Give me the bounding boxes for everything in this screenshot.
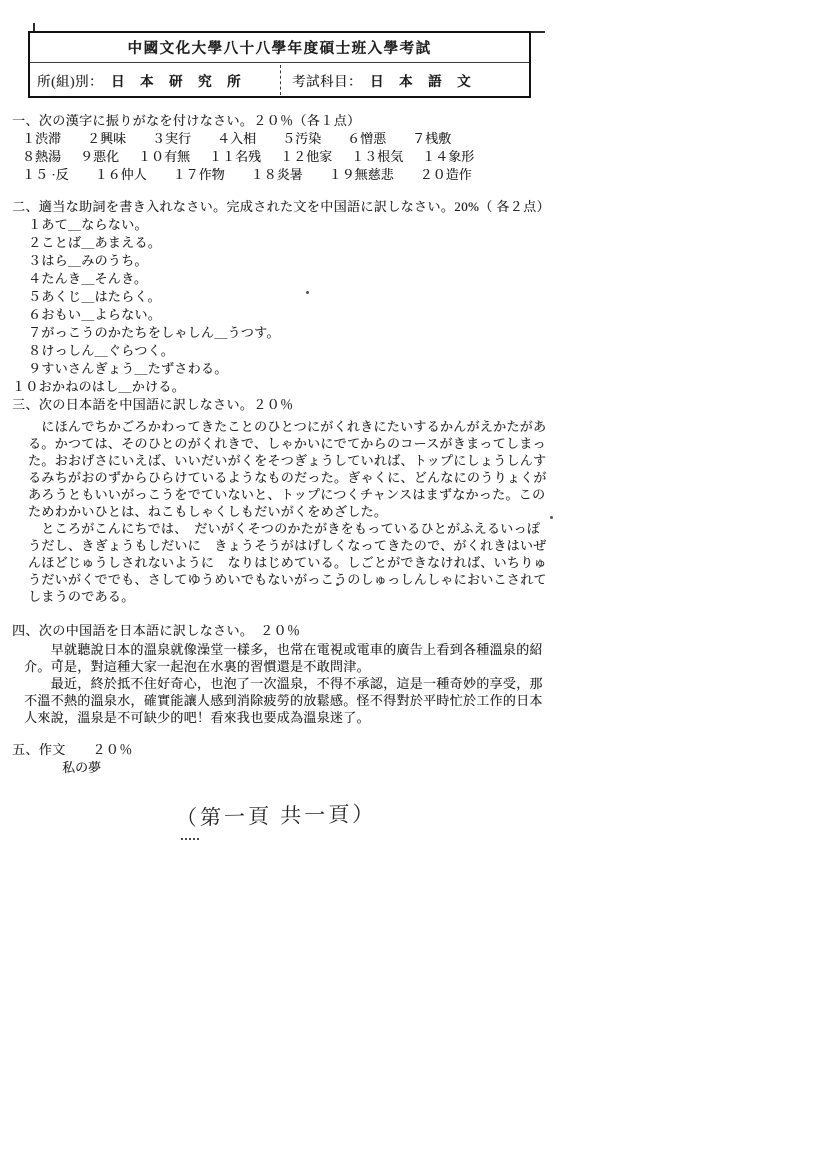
- kanji-item: ２興味: [87, 130, 126, 148]
- passage-line-zh: 人來說，溫泉是不可缺少的吧！看來我也要成為溫泉迷了。: [24, 709, 543, 726]
- passage-line-ja: しまうのである。: [28, 588, 547, 605]
- passage-line-zh: 早就聽說日本的溫泉就像澡堂一樣多，也常在電視或電車的廣告上看到各種溫泉的紹: [24, 641, 543, 658]
- kanji-item: ７桟敷: [412, 130, 451, 148]
- essay-topic: 私の夢: [12, 759, 133, 777]
- passage-line-ja: うだいがくででも、さしてゆうめいでもないがっこうのしゅっしんしゃにおいこされて: [28, 571, 547, 588]
- kanji-item-grid: １渋滞 ２興味 ３実行 ４入相 ５汚染 ６憎悪 ７桟敷 ８熱湯 ９悪化 １０有無…: [12, 130, 474, 184]
- exam-header-box: 中國文化大學八十八學年度碩士班入學考試 所(組)別：日 本 研 究 所 考試科目…: [28, 31, 531, 98]
- particle-item: ９すいさんぎょう＿たずさわる。: [28, 360, 550, 378]
- kanji-item: ５汚染: [282, 130, 321, 148]
- particle-item: ４たんき＿そんき。: [28, 270, 550, 288]
- scan-speck: [33, 23, 35, 31]
- kanji-item: ９悪化: [80, 148, 119, 166]
- particle-item: ２ことば＿あまえる。: [28, 234, 550, 252]
- section-2-heading: 二、適当な助詞を書き入れなさい。完成された文を中国語に訳しなさい。20%（ 各２…: [12, 198, 550, 216]
- kanji-item: １９無慈悲: [329, 166, 394, 184]
- section-1-heading: 一、次の漢字に振りがなを付けなさい。２０％（各１点）: [12, 112, 474, 130]
- kanji-item: １３根気: [351, 148, 403, 166]
- passage-line-zh: 不溫不熱的溫泉水，確實能讓人感到消除疲勞的放鬆感。怪不得對於平時忙於工作的日本: [24, 692, 543, 709]
- passage-line-zh: 最近，終於抵不住好奇心，也泡了一次溫泉，不得不承認，這是一種奇妙的享受，那: [24, 675, 543, 692]
- exam-title: 中國文化大學八十八學年度碩士班入學考試: [30, 33, 529, 63]
- particle-item-list: １あて＿ならない。 ２ことば＿あまえる。 ３はら＿みのうち。 ４たんき＿そんき。…: [12, 216, 550, 396]
- kanji-item: １６仲人: [95, 166, 147, 184]
- kanji-item: １５ ·反: [22, 166, 69, 184]
- kanji-item: ４入相: [217, 130, 256, 148]
- scan-dots: [181, 838, 199, 840]
- kanji-item: １１名残: [209, 148, 261, 166]
- passage-line-ja: ためわかいひとは、ねこもしゃくしもだいがくをめざした。: [28, 503, 547, 520]
- passage-line-ja: るみちがおのずからひらけているようなものだった。ぎゃくに、どんなにのうりょくが: [28, 469, 547, 486]
- kanji-item: １８炎暑: [251, 166, 303, 184]
- particle-item: ７がっこうのかたちをしゃしん＿うつす。: [28, 324, 550, 342]
- department-cell: 所(組)別：日 本 研 究 所: [30, 70, 280, 90]
- passage-line-ja: んほどじゅうしされないように なりはじめている。しごとができなければ、いちりゅ: [28, 554, 547, 571]
- department-value: 日 本 研 究 所: [111, 74, 242, 89]
- subject-label: 考試科目：: [292, 74, 362, 89]
- passage-line-ja: た。おおげさにいえば、いいだいがくをそつぎょうしていれば、トップにしょうしんす: [28, 452, 547, 469]
- kanji-row: １５ ·反 １６仲人 １７作物 １８炎暑 １９無慈悲 ２０造作: [22, 166, 474, 184]
- passage-line-ja: うだし、きぎょうもしだいに きょうそうがはげしくなってきたので、がくれきはいぜ: [28, 537, 547, 554]
- subject-cell: 考試科目：日 本 語 文: [280, 70, 472, 90]
- exam-header-fields: 所(組)別：日 本 研 究 所 考試科目：日 本 語 文: [30, 63, 529, 97]
- department-label: 所(組)別：: [37, 74, 103, 89]
- passage-line-ja: ところがこんにちでは、 だいがくそつのかたがきをもっているひとがふえるいっぽ: [28, 520, 547, 537]
- passage-line-ja: にほんでちかごろかわってきたことのひとつにがくれきにたいするかんがえかたがあ: [28, 418, 547, 435]
- particle-item: ３はら＿みのうち。: [28, 252, 550, 270]
- passage-line-zh: 介。可是，對這種大家一起泡在水裏的習慣還是不敢問津。: [24, 658, 543, 675]
- section-5-heading: 五、作文 ２０％: [12, 741, 133, 759]
- kanji-row: ８熱湯 ９悪化 １０有無 １１名残 １２他家 １３根気 １４象形: [22, 148, 474, 166]
- kanji-item: ８熱湯: [22, 148, 61, 166]
- kanji-item: ６憎悪: [347, 130, 386, 148]
- kanji-item: ３実行: [152, 130, 191, 148]
- header-cell-divider: [280, 65, 281, 95]
- kanji-item: １４象形: [422, 148, 474, 166]
- page-note-handwritten: （第一頁 共一頁）: [176, 798, 377, 832]
- chinese-passage: 早就聽說日本的溫泉就像澡堂一樣多，也常在電視或電車的廣告上看到各種溫泉的紹 介。…: [12, 641, 543, 726]
- kanji-row: １渋滞 ２興味 ３実行 ４入相 ５汚染 ６憎悪 ７桟敷: [22, 130, 474, 148]
- particle-item: ６おもい＿よらない。: [28, 306, 550, 324]
- section-3-heading: 三、次の日本語を中国語に訳しなさい。２０％: [12, 396, 547, 414]
- japanese-passage: にほんでちかごろかわってきたことのひとつにがくれきにたいするかんがえかたがあ る…: [12, 418, 547, 605]
- kanji-item: １２他家: [280, 148, 332, 166]
- kanji-item: ２０造作: [420, 166, 472, 184]
- kanji-item: １渋滞: [22, 130, 61, 148]
- section-1-kanji-reading: 一、次の漢字に振りがなを付けなさい。２０％（各１点） １渋滞 ２興味 ３実行 ４…: [12, 112, 474, 184]
- kanji-item: １７作物: [173, 166, 225, 184]
- section-2-particles: 二、適当な助詞を書き入れなさい。完成された文を中国語に訳しなさい。20%（ 各２…: [12, 198, 550, 396]
- scan-speck: [531, 31, 545, 33]
- particle-item: １あて＿ならない。: [28, 216, 550, 234]
- section-4-heading: 四、次の中国語を日本語に訳しなさい。 ２０％: [12, 622, 543, 640]
- scanned-exam-page: 中國文化大學八十八學年度碩士班入學考試 所(組)別：日 本 研 究 所 考試科目…: [0, 0, 816, 1150]
- section-5-essay: 五、作文 ２０％ 私の夢: [12, 741, 133, 777]
- section-3-ja-to-zh: 三、次の日本語を中国語に訳しなさい。２０％ にほんでちかごろかわってきたことのひ…: [12, 396, 547, 605]
- scan-speck: [550, 516, 553, 519]
- kanji-item: １０有無: [138, 148, 190, 166]
- particle-item: ５あくじ＿はたらく。: [28, 288, 550, 306]
- particle-item: ８けっしん＿ぐらつく。: [28, 342, 550, 360]
- passage-line-ja: る。かつては、そのひとのがくれきで、しゃかいにでてからのコースがきまってしまっ: [28, 435, 547, 452]
- subject-value: 日 本 語 文: [370, 74, 472, 89]
- passage-line-ja: あろうともいいがっこうをでていないと、トップにつくチャンスはまずなかった。この: [28, 486, 547, 503]
- particle-item: １０おかねのはし＿かける。: [12, 378, 550, 396]
- section-4-zh-to-ja: 四、次の中国語を日本語に訳しなさい。 ２０％ 早就聽說日本的溫泉就像澡堂一樣多，…: [12, 622, 543, 726]
